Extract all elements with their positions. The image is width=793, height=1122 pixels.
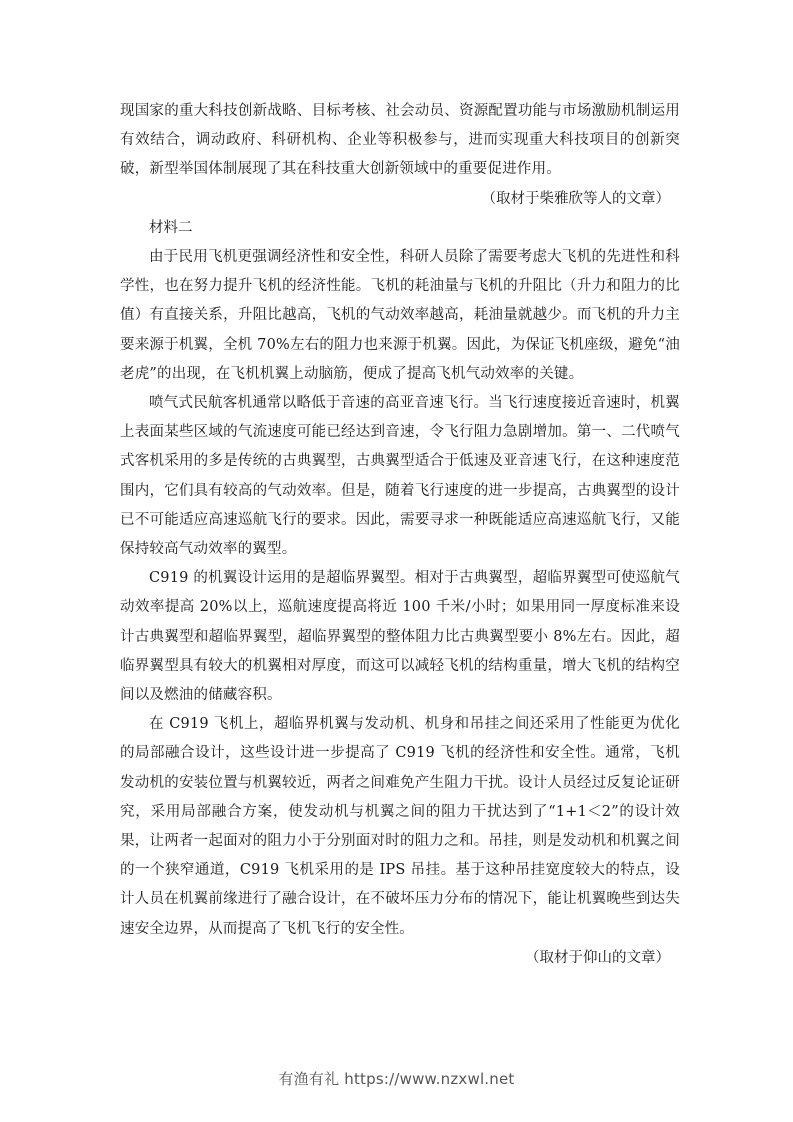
material2-paragraph-3: C919 的机翼设计运用的是超临界翼型。相对于古典翼型，超临界翼型可使巡航气动效… xyxy=(120,564,680,710)
document-page: 现国家的重大科技创新战略、目标考核、社会动员、资源配置功能与市场激励机制运用有效… xyxy=(120,97,680,973)
material1-tail-paragraph: 现国家的重大科技创新战略、目标考核、社会动员、资源配置功能与市场激励机制运用有效… xyxy=(120,97,680,185)
material2-source: （取材于仰山的文章） xyxy=(120,944,680,973)
material1-source: （取材于柴雅欣等人的文章） xyxy=(120,185,680,214)
material2-heading: 材料二 xyxy=(120,214,680,243)
material2-paragraph-4: 在 C919 飞机上，超临界机翼与发动机、机身和吊挂之间还采用了性能更为优化的局… xyxy=(120,710,680,944)
material2-paragraph-2: 喷气式民航客机通常以略低于音速的高亚音速飞行。当飞行速度接近音速时，机翼上表面某… xyxy=(120,389,680,564)
material2-paragraph-1: 由于民用飞机更强调经济性和安全性，科研人员除了需要考虑大飞机的先进性和科学性，也… xyxy=(120,243,680,389)
footer-watermark: 有渔有礼 https://www.nzxwl.net xyxy=(0,1068,793,1089)
